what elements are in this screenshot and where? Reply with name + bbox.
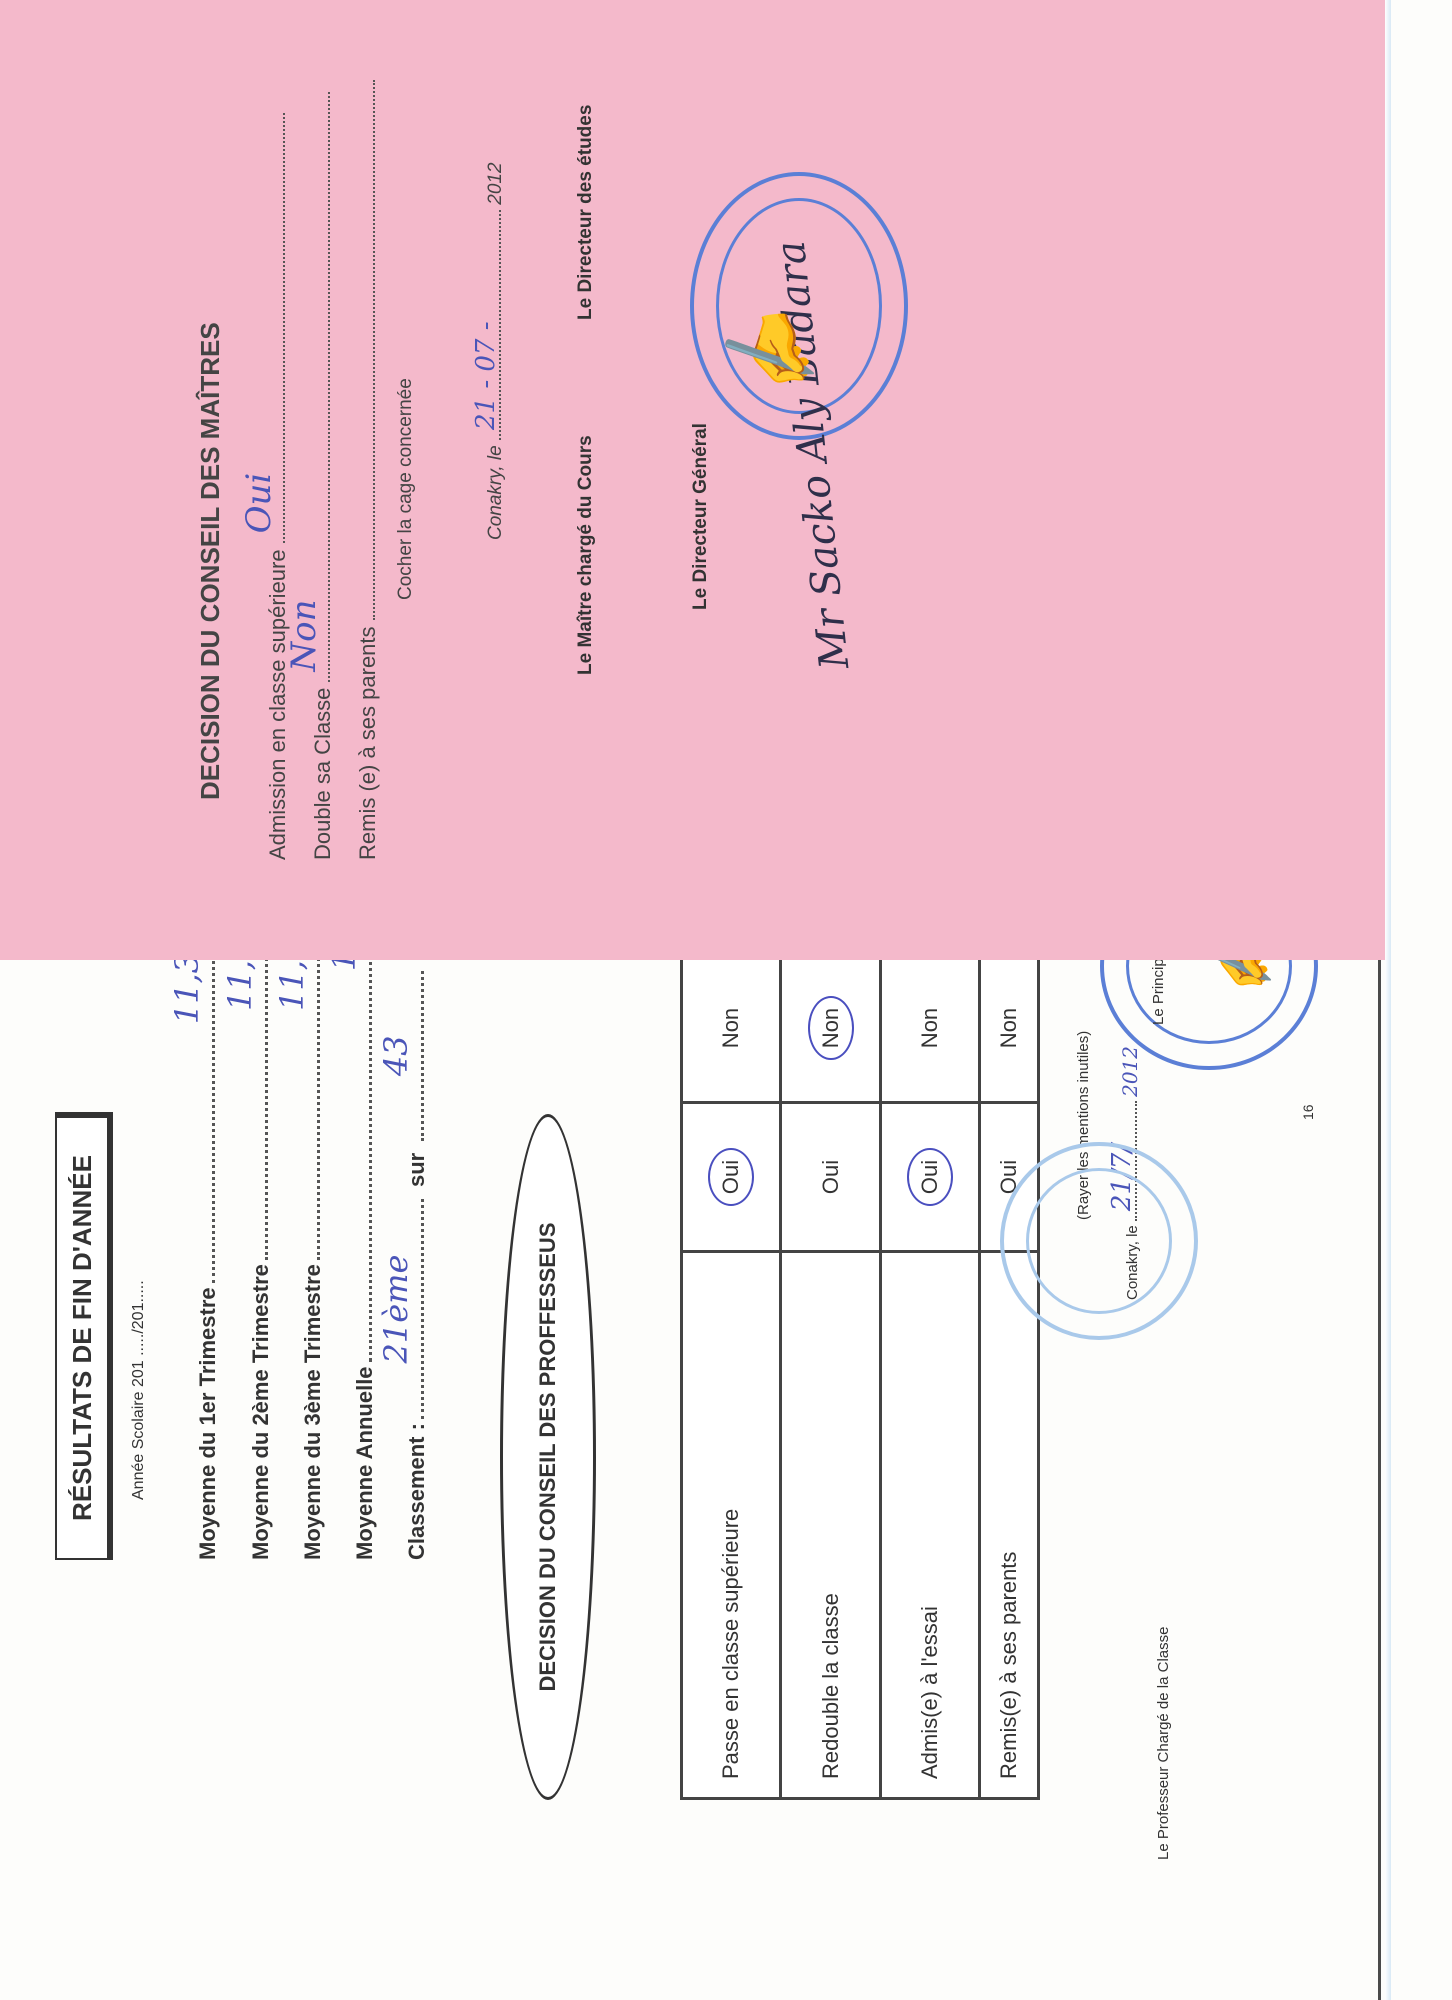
teacher-course-label: Le Maître chargé du Cours xyxy=(575,435,597,675)
admission-value: Oui xyxy=(239,473,279,534)
ranking-total: 43 xyxy=(377,971,415,1141)
double-class-value: Non xyxy=(284,599,324,671)
decision-option-oui[interactable]: Oui xyxy=(781,1103,880,1252)
ranking-value: 21ème xyxy=(377,1199,415,1419)
average-label: Moyenne Annuelle xyxy=(352,1366,378,1560)
average-label: Moyenne du 2ème Trimestre xyxy=(248,1264,274,1560)
general-director-label: Le Directeur Général xyxy=(690,423,712,610)
decision-row: Redouble la classeOuiNon xyxy=(781,954,880,1799)
decision-label: Remis(e) à ses parents xyxy=(980,1252,1039,1799)
decision-table: Passe en classe supérieureOuiNonRedouble… xyxy=(680,952,1040,1800)
admission-row: Admission en classe supérieure Oui xyxy=(265,113,291,860)
page-edge-line xyxy=(1378,960,1381,2000)
scan-edge xyxy=(1385,0,1391,2000)
right-date-line: Conakry, le 21 - 07 - 2012 xyxy=(485,162,507,540)
stamp-faint xyxy=(1000,1142,1198,1340)
decision-title: DECISION DU CONSEIL DES PROFFESSEUS xyxy=(535,1223,561,1692)
decision-row: Admis(e) à l'essaiOuiNon xyxy=(880,954,979,1799)
average-label: Moyenne du 1er Trimestre xyxy=(195,1287,221,1560)
decision-title-oval: DECISION DU CONSEIL DES PROFFESSEUS xyxy=(500,1114,596,1800)
results-title: RÉSULTATS DE FIN D'ANNÉE xyxy=(55,1112,113,1560)
decision-label: Passe en classe supérieure xyxy=(682,1252,781,1799)
decision-label: Admis(e) à l'essai xyxy=(880,1252,979,1799)
decision-option-oui[interactable]: Oui xyxy=(682,1103,781,1252)
ranking-row: Classement : 21ème sur 43 élèves xyxy=(404,892,430,1561)
school-year-label: Année Scolaire 201 ...../201..... xyxy=(130,1280,148,1500)
decision-option-non[interactable]: Non xyxy=(781,954,880,1103)
decision-option-non[interactable]: Non xyxy=(880,954,979,1103)
page-number: 16 xyxy=(1300,1104,1316,1120)
returned-to-parents-row: Remis (e) à ses parents xyxy=(355,80,381,860)
check-instruction: Cocher la cage concernée xyxy=(395,378,417,600)
studies-director-label: Le Directeur des études xyxy=(575,105,597,320)
average-label: Moyenne du 3ème Trimestre xyxy=(300,1264,326,1560)
ranking-of: sur xyxy=(404,1153,430,1187)
masters-decision-title: DECISION DU CONSEIL DES MAÎTRES xyxy=(195,322,226,800)
decision-option-non[interactable]: Non xyxy=(682,954,781,1103)
double-class-row: Double sa Classe Non xyxy=(310,92,336,860)
teacher-signature-label: Le Professeur Chargé de la Classe xyxy=(1155,1627,1172,1860)
decision-row: Passe en classe supérieureOuiNon xyxy=(682,954,781,1799)
decision-option-non[interactable]: Non xyxy=(980,954,1039,1103)
decision-label: Redouble la classe xyxy=(781,1252,880,1799)
decision-row: Remis(e) à ses parentsOuiNon xyxy=(980,954,1039,1799)
ranking-label: Classement : xyxy=(404,1423,430,1560)
scanned-document: RÉSULTATS DE FIN D'ANNÉE Année Scolaire … xyxy=(0,0,1452,2000)
decision-option-oui[interactable]: Oui xyxy=(880,1103,979,1252)
